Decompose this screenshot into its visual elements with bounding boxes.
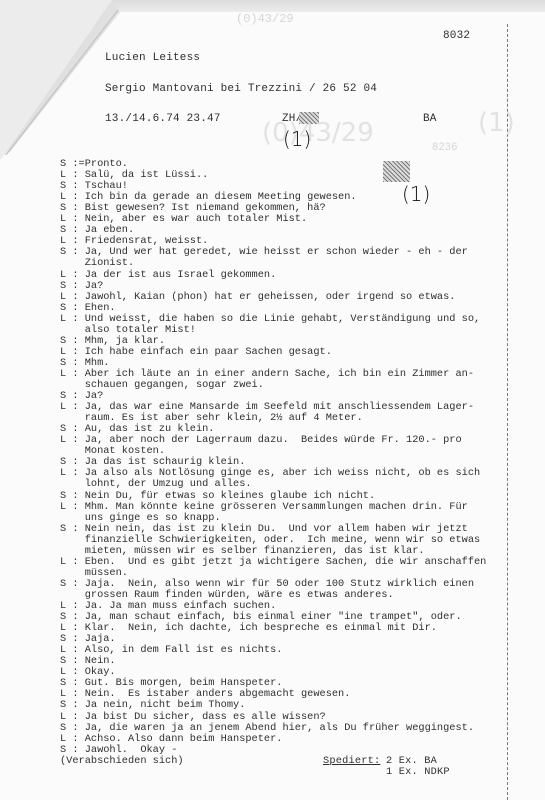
contact-line: Sergio Mantovani bei Trezzini / 26 52 04	[105, 83, 377, 95]
transcript-line: L : Klar. Nein, ich dachte, ich besprech…	[60, 623, 437, 634]
transcript-line: S : Nein Du, für etwas so kleines glaube…	[60, 491, 375, 502]
transcript-line: L : Ja der ist aus Israel gekommen.	[60, 270, 276, 281]
transcript-line: lohnt, der Umzug und alles.	[60, 479, 252, 490]
handwritten-mark: (1)	[283, 127, 311, 151]
transcript-line: (Verabschieden sich)	[60, 756, 184, 767]
redaction-block	[299, 112, 319, 124]
call-datetime: 13./14.6.74 23.47	[105, 113, 221, 125]
document-page: (0)43/29 (0)43/29 8236 (1) 8032 Lucien L…	[0, 0, 545, 800]
page-edge	[507, 24, 509, 800]
scan-top-edge	[0, 0, 545, 12]
distribution-line-2: 1 Ex. NDKP	[386, 766, 450, 778]
transcript-line: S : Jawohl. Okay -	[60, 745, 177, 756]
subject-person: Lucien Leitess	[105, 52, 200, 64]
ghost-number: 8236	[432, 142, 457, 154]
transcript-line: Zionist.	[60, 258, 134, 269]
ghost-ref: (0)43/29	[236, 12, 294, 26]
transcript-line: L : Ja bist Du sicher, dass es alle wiss…	[60, 712, 326, 723]
transcript-line: S : Ja?	[60, 281, 103, 292]
transcript-line: L : Jawohl, Kaian (phon) hat er geheisse…	[60, 292, 455, 303]
transcript-line: L : Achso. Also dann beim Hanspeter.	[60, 734, 282, 745]
document-number: 8032	[443, 30, 470, 42]
handwritten-mark-2: (1)	[402, 182, 430, 206]
transcript-line: uns ginge es so knapp.	[60, 513, 221, 524]
ghost-mark: (1)	[478, 108, 515, 138]
redaction-block-2	[383, 161, 410, 182]
transcript-line: S : Ja nein, nicht beim Thomy.	[60, 700, 245, 711]
transcript-line: S : Ja, die waren ja an jenem Abend hier…	[60, 723, 474, 734]
department-code: BA	[423, 113, 437, 125]
distribution-label: Spediert:	[323, 755, 380, 767]
transcript-line: S : Nein nein, das ist zu klein Du. Und …	[60, 524, 468, 535]
transcript-line: L : Mhm. Man könnte keine grösseren Vers…	[60, 502, 468, 513]
transcript-line: S : Ehen.	[60, 303, 116, 314]
